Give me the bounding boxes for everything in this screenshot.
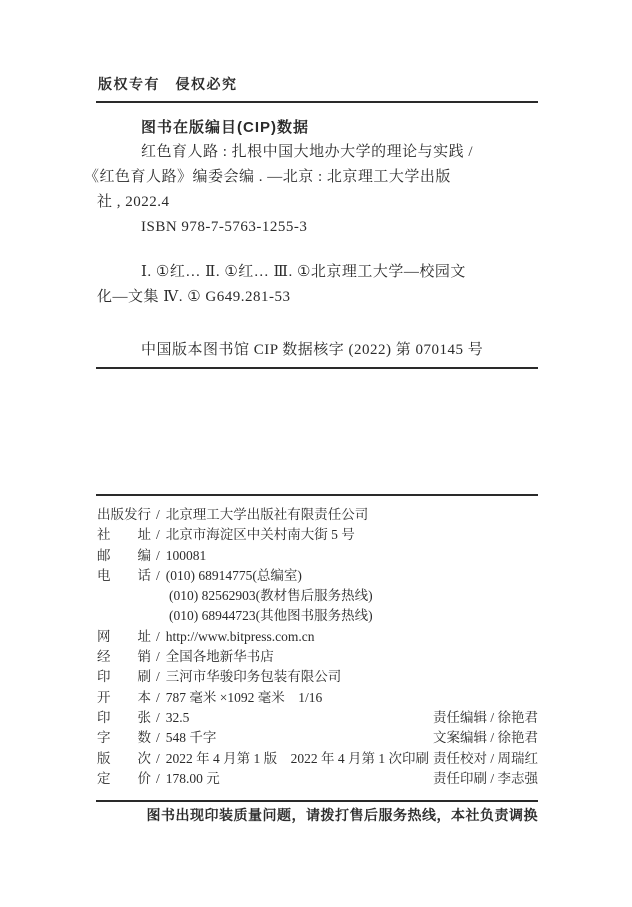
cip-classification-line-1: Ⅰ. ①红… Ⅱ. ①红… Ⅲ. ①北京理工大学—校园文 [97,260,557,285]
cip-title-line: 红色育人路 : 扎根中国大地办大学的理论与实践 / [97,140,557,165]
quality-notice: 图书出现印装质量问题，请拨打售后服务热线，本社负责调换 [147,806,539,824]
label-value-separator: / [151,769,166,789]
row-phone-2: (010) 82562903(教材售后服务热线) [97,586,538,606]
label-value-separator: / [151,505,166,525]
colophon-value: (010) 68914775(总编室) [166,566,302,586]
cip-classification-line-2: 化—文集 Ⅳ. ① G649.281-53 [97,285,557,310]
colophon-value: 北京理工大学出版社有限责任公司 [166,505,369,525]
colophon-label: 网 址 [97,627,151,647]
colophon-label: 经 销 [97,647,151,667]
colophon-label: 社 址 [97,525,151,545]
colophon-label: 出版发行 [97,505,151,525]
colophon-label: 邮 编 [97,546,151,566]
copyright-page: 版权专有 侵权必究 图书在版编目(CIP)数据 红色育人路 : 扎根中国大地办大… [0,0,632,907]
row-format: 开 本 / 787 毫米 ×1092 毫米 1/16 [97,688,538,708]
label-value-separator: / [151,749,166,769]
colophon-value: 548 千字 [166,728,217,748]
row-postcode: 邮 编 / 100081 [97,546,538,566]
colophon-value: 32.5 [166,708,190,728]
colophon-label: 字 数 [97,728,151,748]
cip-isbn: ISBN 978-7-5763-1255-3 [97,215,557,240]
label-value-separator: / [151,688,166,708]
row-website: 网 址 / http://www.bitpress.com.cn [97,627,538,647]
cip-heading: 图书在版编目(CIP)数据 [97,115,557,140]
label-value-separator: / [151,708,166,728]
label-value-separator: / [151,525,166,545]
row-phone: 电 话 / (010) 68914775(总编室) [97,566,538,586]
label-value-separator: / [151,728,166,748]
row-edition: 版 次 / 2022 年 4 月第 1 版 2022 年 4 月第 1 次印刷 … [97,749,538,769]
row-address: 社 址 / 北京市海淀区中关村南大街 5 号 [97,525,538,545]
label-value-separator: / [151,647,166,667]
cip-editor-line: 《红色育人路》编委会编 . —北京 : 北京理工大学出版 [84,165,557,190]
label-value-separator: / [151,566,166,586]
colophon-label: 印 张 [97,708,151,728]
divider-top [96,101,538,103]
copyright-notice: 版权专有 侵权必究 [98,74,238,94]
colophon-value: 100081 [166,546,207,566]
divider-cip-bottom [96,367,538,369]
label-value-separator: / [151,627,166,647]
colophon-label: 定 价 [97,769,151,789]
divider-colophon-top [96,494,538,496]
label-value-separator: / [151,667,166,687]
colophon-label: 开 本 [97,688,151,708]
staff-credit-print-supervisor: 责任印刷 / 李志强 [433,769,538,789]
row-distribution: 经 销 / 全国各地新华书店 [97,647,538,667]
cip-record-number: 中国版本图书馆 CIP 数据核字 (2022) 第 070145 号 [97,338,557,363]
colophon-label: 版 次 [97,749,151,769]
colophon-value: (010) 68944723(其他图书服务热线) [169,606,373,626]
divider-bottom [96,800,538,802]
colophon-label: 电 话 [97,566,151,586]
colophon-value: (010) 82562903(教材售后服务热线) [169,586,373,606]
label-value-separator: / [151,546,166,566]
colophon-section: 出版发行 / 北京理工大学出版社有限责任公司 社 址 / 北京市海淀区中关村南大… [97,505,538,789]
cip-year-line: 社 , 2022.4 [97,190,557,215]
colophon-label: 印 刷 [97,667,151,687]
colophon-value: 2022 年 4 月第 1 版 2022 年 4 月第 1 次印刷 [166,749,429,769]
row-printer: 印 刷 / 三河市华骏印务包装有限公司 [97,667,538,687]
colophon-value: 178.00 元 [166,769,220,789]
staff-credit-copy-editor: 文案编辑 / 徐艳君 [433,728,538,748]
cip-section: 图书在版编目(CIP)数据 红色育人路 : 扎根中国大地办大学的理论与实践 / … [97,115,557,363]
website-url: http://www.bitpress.com.cn [166,627,315,647]
row-publisher: 出版发行 / 北京理工大学出版社有限责任公司 [97,505,538,525]
colophon-value: 787 毫米 ×1092 毫米 1/16 [166,688,323,708]
row-wordcount: 字 数 / 548 千字 文案编辑 / 徐艳君 [97,728,538,748]
staff-credit-editor: 责任编辑 / 徐艳君 [433,708,538,728]
row-price: 定 价 / 178.00 元 责任印刷 / 李志强 [97,769,538,789]
staff-credit-proofreader: 责任校对 / 周瑞红 [433,749,538,769]
colophon-value: 北京市海淀区中关村南大街 5 号 [166,525,355,545]
row-phone-3: (010) 68944723(其他图书服务热线) [97,606,538,626]
colophon-value: 全国各地新华书店 [166,647,274,667]
colophon-value: 三河市华骏印务包装有限公司 [166,667,342,687]
row-sheets: 印 张 / 32.5 责任编辑 / 徐艳君 [97,708,538,728]
